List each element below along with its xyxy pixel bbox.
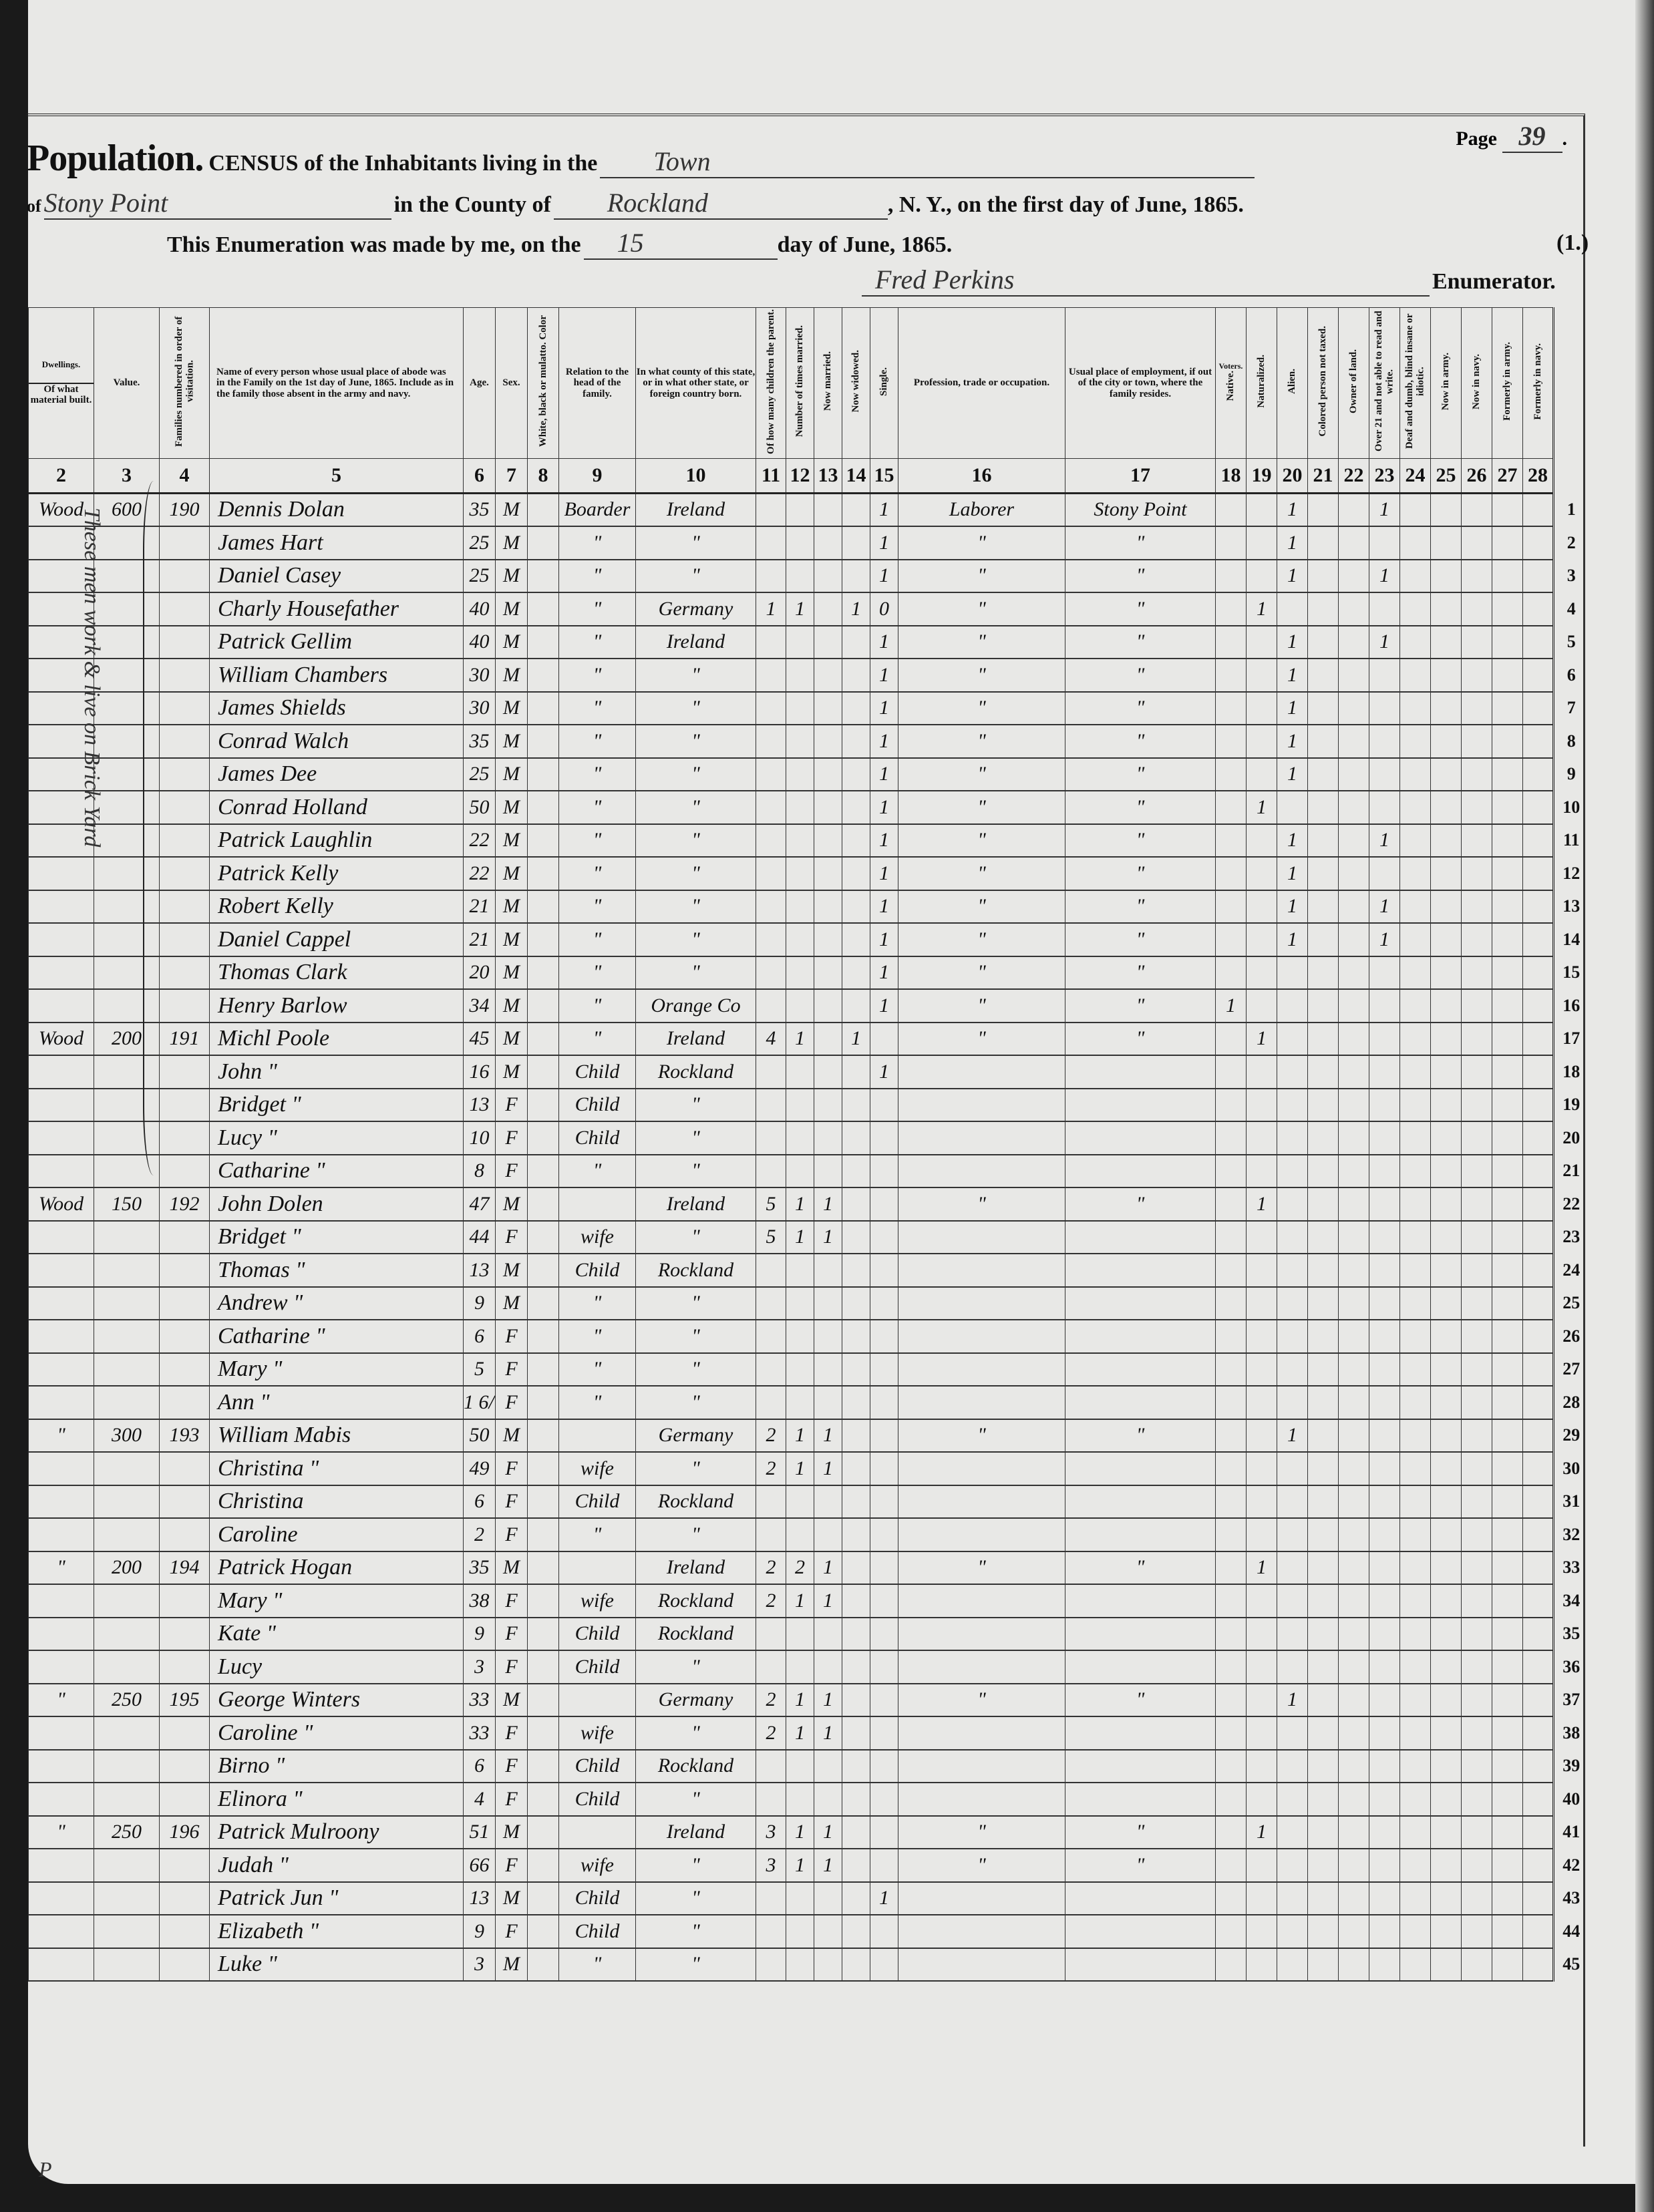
cell-employment (1065, 1783, 1216, 1816)
cell-material (29, 1386, 94, 1419)
cell-c14 (842, 692, 870, 725)
cell-value (94, 1221, 160, 1254)
line-number: 12 (1554, 857, 1589, 890)
cell-c15: 1 (870, 956, 898, 990)
cell-c21 (1308, 857, 1339, 890)
cell-sex: M (496, 560, 528, 593)
cell-color (528, 1287, 559, 1320)
cell-c26 (1462, 956, 1492, 990)
col-19-header: Naturalized. (1247, 308, 1277, 459)
census-row: "250195George Winters33MGermany211""137 (29, 1684, 1589, 1717)
cell-c24 (1400, 592, 1431, 626)
cell-c22 (1339, 1816, 1369, 1849)
cell-occupation (898, 1452, 1065, 1485)
cell-age: 9 (464, 1287, 496, 1320)
cell-sex: M (496, 824, 528, 858)
cell-c14 (842, 560, 870, 593)
cell-relation: wife (559, 1584, 636, 1618)
cell-c26 (1462, 692, 1492, 725)
cell-relation: " (559, 659, 636, 692)
cell-c13 (814, 1055, 842, 1089)
line-number: 41 (1554, 1816, 1589, 1849)
cell-c26 (1462, 1089, 1492, 1122)
cell-c24 (1400, 659, 1431, 692)
cell-c27 (1492, 493, 1523, 526)
cell-c13: 1 (814, 1849, 842, 1882)
census-row: Caroline2F""32 (29, 1518, 1589, 1551)
cell-sex: F (496, 1452, 528, 1485)
cell-c26 (1462, 1915, 1492, 1948)
cell-name: Patrick Gellim (210, 626, 464, 659)
cell-c25 (1431, 725, 1462, 758)
enumerator-signature: Fred Perkins (862, 264, 1430, 297)
cell-employment: " (1065, 1187, 1216, 1221)
cell-age: 51 (464, 1816, 496, 1849)
cell-c23 (1369, 1915, 1400, 1948)
line-number: 29 (1554, 1419, 1589, 1453)
cell-c28 (1523, 1485, 1554, 1519)
cell-c22 (1339, 1254, 1369, 1287)
cell-c21 (1308, 989, 1339, 1023)
cell-employment: " (1065, 956, 1216, 990)
col-13-header: Now married. (814, 308, 842, 459)
col-27-header: Formerly in army. (1492, 308, 1523, 459)
cell-c15 (870, 1121, 898, 1155)
cell-color (528, 1915, 559, 1948)
cell-c28 (1523, 626, 1554, 659)
cell-occupation (898, 1386, 1065, 1419)
cell-sex: M (496, 1187, 528, 1221)
cell-name: Henry Barlow (210, 989, 464, 1023)
cell-c19 (1247, 526, 1277, 560)
line-number: 14 (1554, 923, 1589, 956)
line-number: 24 (1554, 1254, 1589, 1287)
cell-c15: 1 (870, 659, 898, 692)
cell-age: 30 (464, 692, 496, 725)
cell-c12 (786, 1915, 814, 1948)
cell-material (29, 1485, 94, 1519)
census-row: Patrick Gellim40M"Ireland1""115 (29, 626, 1589, 659)
cell-born: Ireland (636, 626, 756, 659)
cell-c12 (786, 493, 814, 526)
cell-color (528, 1055, 559, 1089)
cell-c19 (1247, 626, 1277, 659)
cell-c28 (1523, 1320, 1554, 1353)
cell-material (29, 1584, 94, 1618)
cell-c18 (1216, 1783, 1247, 1816)
cell-c21 (1308, 725, 1339, 758)
cell-c11 (756, 1353, 786, 1387)
col-15-header: Single. (870, 308, 898, 459)
cell-born: " (636, 1353, 756, 1387)
cell-c11 (756, 989, 786, 1023)
cell-c14 (842, 1650, 870, 1684)
cell-c23 (1369, 1452, 1400, 1485)
cell-c22 (1339, 592, 1369, 626)
cell-c20 (1277, 1882, 1308, 1915)
cell-c23 (1369, 592, 1400, 626)
cell-c24 (1400, 526, 1431, 560)
cell-c26 (1462, 526, 1492, 560)
cell-name: Caroline " (210, 1716, 464, 1750)
cell-age: 25 (464, 526, 496, 560)
cell-c28 (1523, 1055, 1554, 1089)
cell-age: 40 (464, 592, 496, 626)
cell-occupation (898, 1716, 1065, 1750)
cell-color (528, 1089, 559, 1122)
cell-family (160, 592, 210, 626)
cell-c25 (1431, 1254, 1462, 1287)
cell-c12: 1 (786, 1849, 814, 1882)
cell-c24 (1400, 791, 1431, 824)
cell-c26 (1462, 1684, 1492, 1717)
cell-c22 (1339, 1187, 1369, 1221)
cell-c20 (1277, 1816, 1308, 1849)
cell-c22 (1339, 1155, 1369, 1188)
cell-occupation: " (898, 857, 1065, 890)
column-number-row: 2345678910111213141516171819202122232425… (29, 458, 1589, 493)
cell-c15 (870, 1419, 898, 1453)
cell-c27 (1492, 791, 1523, 824)
cell-c15 (870, 1716, 898, 1750)
census-row: William Chambers30M""1""16 (29, 659, 1589, 692)
census-row: Lucy3FChild"36 (29, 1650, 1589, 1684)
cell-family (160, 560, 210, 593)
cell-c19 (1247, 1089, 1277, 1122)
col-8-header: White, black or mulatto. Color (528, 308, 559, 459)
cell-employment: " (1065, 692, 1216, 725)
cell-c25 (1431, 1849, 1462, 1882)
cell-c27 (1492, 1353, 1523, 1387)
cell-c13 (814, 626, 842, 659)
cell-family (160, 989, 210, 1023)
cell-c19: 1 (1247, 1187, 1277, 1221)
cell-c22 (1339, 1089, 1369, 1122)
cell-c23 (1369, 1684, 1400, 1717)
cell-c21 (1308, 824, 1339, 858)
cell-c23 (1369, 1485, 1400, 1519)
cell-relation: Child (559, 1254, 636, 1287)
cell-c15: 1 (870, 725, 898, 758)
cell-c25 (1431, 1618, 1462, 1651)
cell-relation: " (559, 1155, 636, 1188)
cell-family (160, 1518, 210, 1551)
cell-c22 (1339, 1055, 1369, 1089)
cell-c14 (842, 526, 870, 560)
census-row: Conrad Holland50M""1""110 (29, 791, 1589, 824)
line-number: 6 (1554, 659, 1589, 692)
cell-sex: F (496, 1849, 528, 1882)
cell-c24 (1400, 1518, 1431, 1551)
cell-c24 (1400, 824, 1431, 858)
census-row: Conrad Walch35M""1""18 (29, 725, 1589, 758)
cell-age: 10 (464, 1121, 496, 1155)
cell-c15: 1 (870, 1882, 898, 1915)
cell-c12 (786, 791, 814, 824)
cell-c12 (786, 1882, 814, 1915)
cell-c19 (1247, 1584, 1277, 1618)
cell-age: 50 (464, 1419, 496, 1453)
cell-family (160, 1452, 210, 1485)
cell-name: Patrick Kelly (210, 857, 464, 890)
cell-c27 (1492, 1121, 1523, 1155)
cell-name: Ann " (210, 1386, 464, 1419)
cell-c23 (1369, 1783, 1400, 1816)
cell-c24 (1400, 725, 1431, 758)
cell-family (160, 1089, 210, 1122)
cell-c22 (1339, 1419, 1369, 1453)
cell-c18 (1216, 1849, 1247, 1882)
cell-sex: F (496, 1518, 528, 1551)
cell-c26 (1462, 1816, 1492, 1849)
cell-color (528, 1551, 559, 1585)
cell-age: 25 (464, 560, 496, 593)
cell-c21 (1308, 1684, 1339, 1717)
cell-employment: " (1065, 1023, 1216, 1056)
cell-c12: 1 (786, 1716, 814, 1750)
cell-c24 (1400, 1650, 1431, 1684)
cell-c12 (786, 1485, 814, 1519)
col-25-header: Now in army. (1431, 308, 1462, 459)
cell-material (29, 1518, 94, 1551)
cell-value: 250 (94, 1684, 160, 1717)
cell-c25 (1431, 1419, 1462, 1453)
cell-sex: F (496, 1915, 528, 1948)
cell-occupation (898, 1518, 1065, 1551)
cell-c19 (1247, 1320, 1277, 1353)
line-number: 17 (1554, 1023, 1589, 1056)
cell-c15: 1 (870, 1055, 898, 1089)
cell-c13 (814, 1618, 842, 1651)
cell-c28 (1523, 923, 1554, 956)
line-number: 36 (1554, 1650, 1589, 1684)
cell-c18 (1216, 560, 1247, 593)
cell-c12 (786, 758, 814, 791)
cell-c23 (1369, 1948, 1400, 1982)
cell-relation: Child (559, 1882, 636, 1915)
cell-c20 (1277, 1254, 1308, 1287)
cell-age: 4 (464, 1783, 496, 1816)
cell-c25 (1431, 1320, 1462, 1353)
cell-c12 (786, 1618, 814, 1651)
cell-born: " (636, 1089, 756, 1122)
census-row: Ann "1 6/12F""28 (29, 1386, 1589, 1419)
cell-c24 (1400, 1121, 1431, 1155)
census-row: Bridget "44Fwife"51123 (29, 1221, 1589, 1254)
cell-born: Rockland (636, 1055, 756, 1089)
cell-c15 (870, 1386, 898, 1419)
cell-age: 47 (464, 1187, 496, 1221)
cell-c28 (1523, 1518, 1554, 1551)
cell-relation: " (559, 1518, 636, 1551)
cell-sex: M (496, 758, 528, 791)
cell-family (160, 1915, 210, 1948)
cell-occupation: " (898, 592, 1065, 626)
cell-c23 (1369, 1618, 1400, 1651)
cell-c14 (842, 1055, 870, 1089)
cell-c12 (786, 526, 814, 560)
cell-c11: 3 (756, 1849, 786, 1882)
cell-c20: 1 (1277, 725, 1308, 758)
cell-c26 (1462, 1882, 1492, 1915)
col-20-header: Alien. (1277, 308, 1308, 459)
cell-c11 (756, 923, 786, 956)
cell-relation: " (559, 560, 636, 593)
cell-c13 (814, 1783, 842, 1816)
cell-c25 (1431, 1386, 1462, 1419)
cell-c27 (1492, 592, 1523, 626)
cell-c11 (756, 1618, 786, 1651)
cell-c18 (1216, 1221, 1247, 1254)
cell-c11 (756, 1089, 786, 1122)
cell-c15: 1 (870, 560, 898, 593)
cell-occupation: " (898, 1684, 1065, 1717)
cell-c12 (786, 1254, 814, 1287)
cell-c23 (1369, 1320, 1400, 1353)
cell-born: Germany (636, 1419, 756, 1453)
town-type: Town (600, 146, 1255, 178)
cell-c12 (786, 725, 814, 758)
col-14-header: Now widowed. (842, 308, 870, 459)
cell-c14 (842, 1849, 870, 1882)
cell-c28 (1523, 1915, 1554, 1948)
cell-c20 (1277, 1551, 1308, 1585)
cell-c13 (814, 1254, 842, 1287)
cell-relation: wife (559, 1221, 636, 1254)
cell-c23 (1369, 725, 1400, 758)
cell-employment: " (1065, 1419, 1216, 1453)
cell-name: Elinora " (210, 1783, 464, 1816)
cell-c11: 2 (756, 1684, 786, 1717)
cell-occupation: " (898, 956, 1065, 990)
cell-c11 (756, 1386, 786, 1419)
cell-family (160, 1882, 210, 1915)
cell-c23 (1369, 857, 1400, 890)
cell-value (94, 1948, 160, 1982)
cell-c23 (1369, 1419, 1400, 1453)
cell-occupation (898, 1155, 1065, 1188)
cell-employment (1065, 1618, 1216, 1651)
cell-c11 (756, 1485, 786, 1519)
census-table: Dwellings.Of what material built. Value.… (28, 307, 1589, 1982)
cell-c18 (1216, 857, 1247, 890)
census-row: Robert Kelly21M""1""1113 (29, 890, 1589, 924)
cell-c20 (1277, 956, 1308, 990)
cell-c20 (1277, 592, 1308, 626)
cell-c21 (1308, 923, 1339, 956)
cell-occupation (898, 1915, 1065, 1948)
cell-family (160, 626, 210, 659)
cell-occupation (898, 1584, 1065, 1618)
cell-family (160, 1055, 210, 1089)
cell-age: 5 (464, 1353, 496, 1387)
col-9-header: Relation to the head of the family. (559, 308, 636, 459)
cell-color (528, 1353, 559, 1387)
cell-c13: 1 (814, 1716, 842, 1750)
cell-color (528, 1121, 559, 1155)
footer-mark: P (39, 2157, 52, 2182)
cell-sex: F (496, 1386, 528, 1419)
cell-c27 (1492, 1684, 1523, 1717)
cell-c24 (1400, 1783, 1431, 1816)
cell-material (29, 1849, 94, 1882)
cell-born: " (636, 923, 756, 956)
cell-c18 (1216, 1353, 1247, 1387)
cell-c26 (1462, 758, 1492, 791)
cell-sex: M (496, 725, 528, 758)
col-18-header: Voters.Native. (1216, 308, 1247, 459)
cell-c25 (1431, 1287, 1462, 1320)
cell-c13 (814, 592, 842, 626)
cell-c22 (1339, 1684, 1369, 1717)
cell-c18 (1216, 1419, 1247, 1453)
cell-c12: 1 (786, 1221, 814, 1254)
cell-c27 (1492, 1551, 1523, 1585)
cell-c25 (1431, 857, 1462, 890)
cell-material (29, 1948, 94, 1982)
cell-c19 (1247, 890, 1277, 924)
cell-c23 (1369, 989, 1400, 1023)
cell-name: Mary " (210, 1353, 464, 1387)
cell-c26 (1462, 1023, 1492, 1056)
census-row: Luke "3M""45 (29, 1948, 1589, 1982)
cell-c22 (1339, 923, 1369, 956)
cell-c11: 5 (756, 1187, 786, 1221)
cell-c23 (1369, 1287, 1400, 1320)
census-row: Christina "49Fwife"21130 (29, 1452, 1589, 1485)
cell-c24 (1400, 1584, 1431, 1618)
cell-c28 (1523, 1121, 1554, 1155)
cell-c13 (814, 1882, 842, 1915)
cell-relation: " (559, 989, 636, 1023)
cell-material (29, 1750, 94, 1783)
cell-color (528, 692, 559, 725)
cell-occupation: Laborer (898, 493, 1065, 526)
cell-c11 (756, 1750, 786, 1783)
cell-c28 (1523, 560, 1554, 593)
cell-family (160, 1948, 210, 1982)
cell-c13 (814, 989, 842, 1023)
cell-family (160, 1584, 210, 1618)
cell-c23: 1 (1369, 626, 1400, 659)
cell-color (528, 659, 559, 692)
cell-c19 (1247, 1055, 1277, 1089)
cell-c27 (1492, 1584, 1523, 1618)
cell-c27 (1492, 659, 1523, 692)
cell-relation: Child (559, 1750, 636, 1783)
cell-name: Lucy (210, 1650, 464, 1684)
cell-c13 (814, 1485, 842, 1519)
cell-c26 (1462, 1254, 1492, 1287)
cell-family (160, 526, 210, 560)
cell-c28 (1523, 1353, 1554, 1387)
cell-relation: " (559, 1320, 636, 1353)
cell-c14 (842, 1915, 870, 1948)
cell-relation: Child (559, 1055, 636, 1089)
cell-c22 (1339, 824, 1369, 858)
cell-color (528, 1452, 559, 1485)
cell-relation: Child (559, 1915, 636, 1948)
cell-c13 (814, 1287, 842, 1320)
cell-employment (1065, 1055, 1216, 1089)
header-line-2: of Stony Point in the County of Rockland… (27, 187, 1244, 220)
cell-c24 (1400, 1882, 1431, 1915)
cell-born: " (636, 1518, 756, 1551)
cell-born: Ireland (636, 1551, 756, 1585)
cell-c19 (1247, 1419, 1277, 1453)
cell-relation: wife (559, 1849, 636, 1882)
town-name: Stony Point (44, 187, 391, 220)
